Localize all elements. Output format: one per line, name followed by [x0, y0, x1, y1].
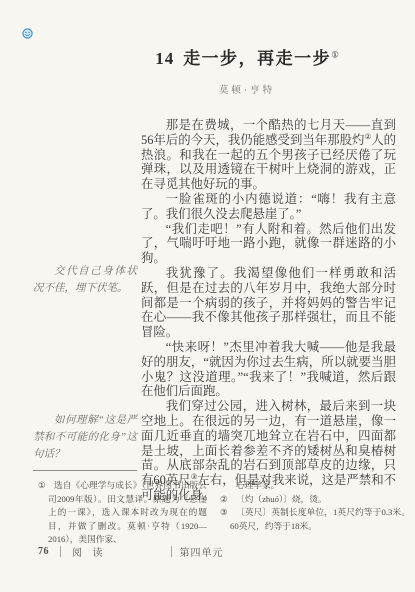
footer-divider [171, 546, 172, 557]
body-text: 那是在费城，一个酷热的七月天——直到56年后的今天，我仍能感受到当年那股灼②人的… [141, 118, 396, 503]
footnote-marker: ② [220, 493, 228, 507]
footnote-column-1: ①选自《心理学与成长》（世界图书出版公司2009年版）。田文慧译。原题为《悬崖上… [39, 479, 207, 547]
footnote-marker: ① [38, 479, 46, 493]
paragraph: 一脸雀斑的小内德说道：“嗨！我有主意了。我们很久没去爬悬崖了。” [141, 192, 396, 222]
paragraph: 那是在费城，一个酷热的七月天——直到56年后的今天，我仍能感受到当年那股灼②人的… [141, 118, 396, 192]
lesson-title: 14走一步，再走一步① [96, 44, 398, 69]
footer-section-label: 阅 读 [72, 544, 107, 559]
margin-note-foreshadowing: 交代自己身体状况不佳，埋下伏笔。 [33, 264, 137, 298]
lesson-number: 14 [155, 49, 174, 68]
margin-note-question: 如何理解“这是严禁和不可能的化身”这句话？ [33, 413, 137, 463]
footnote-divider [33, 470, 137, 471]
footnote-item: ②〔灼（zhuó）〕烧，烫。 [221, 493, 410, 507]
paragraph: “快来呀！”杰里冲着我大喊——他是我最好的朋友，“就因为你过去生病，所以就要当胆… [141, 340, 396, 399]
paragraph: 我犹豫了。我渴望像他们一样勇敢和活跃，但是在过去的八年岁月中，我绝大部分时间都是… [141, 266, 396, 340]
footnote-item: ③〔英尺〕英制长度单位，1英尺约等于0.3米。60英尺，约等于18米。 [221, 506, 410, 533]
smiley-face-icon[interactable] [22, 26, 33, 37]
textbook-page: 14走一步，再走一步① 莫顿·亨特 那是在费城，一个酷热的七月天——直到56年后… [0, 0, 415, 592]
footnote-text: 〔灼（zhuó）〕烧，烫。 [236, 494, 327, 504]
footnote-item: ①选自《心理学与成长》（世界图书出版公司2009年版）。田文慧译。原题为《悬崖上… [39, 479, 207, 547]
footer-unit-label: 第四单元 [180, 544, 224, 559]
footnote-text: 心理学家。 [236, 480, 279, 490]
page-footer: 76 阅 读 第四单元 [38, 544, 224, 558]
footnote-column-2: 心理学家。②〔灼（zhuó）〕烧，烫。③〔英尺〕英制长度单位，1英尺约等于0.3… [221, 479, 410, 547]
lesson-title-text: 走一步，再走一步 [183, 49, 331, 68]
footnote-item: 心理学家。 [221, 479, 410, 493]
footnotes: ①选自《心理学与成长》（世界图书出版公司2009年版）。田文慧译。原题为《悬崖上… [39, 479, 410, 547]
footnote-marker: ③ [220, 506, 228, 520]
author-name: 莫顿·亨特 [96, 82, 398, 96]
paragraph: “我们走吧！”有人附和着。然后他们出发了，气喘吁吁地一路小跑，就像一群迷路的小狗… [141, 222, 396, 266]
footer-divider [60, 546, 61, 557]
page-number: 76 [38, 546, 49, 557]
footnote-text: 〔英尺〕英制长度单位，1英尺约等于0.3米。60英尺，约等于18米。 [230, 507, 410, 531]
footnote-text: 选自《心理学与成长》（世界图书出版公司2009年版）。田文慧译。原题为《悬崖上的… [48, 480, 207, 544]
title-footnote-ref: ① [331, 49, 339, 59]
